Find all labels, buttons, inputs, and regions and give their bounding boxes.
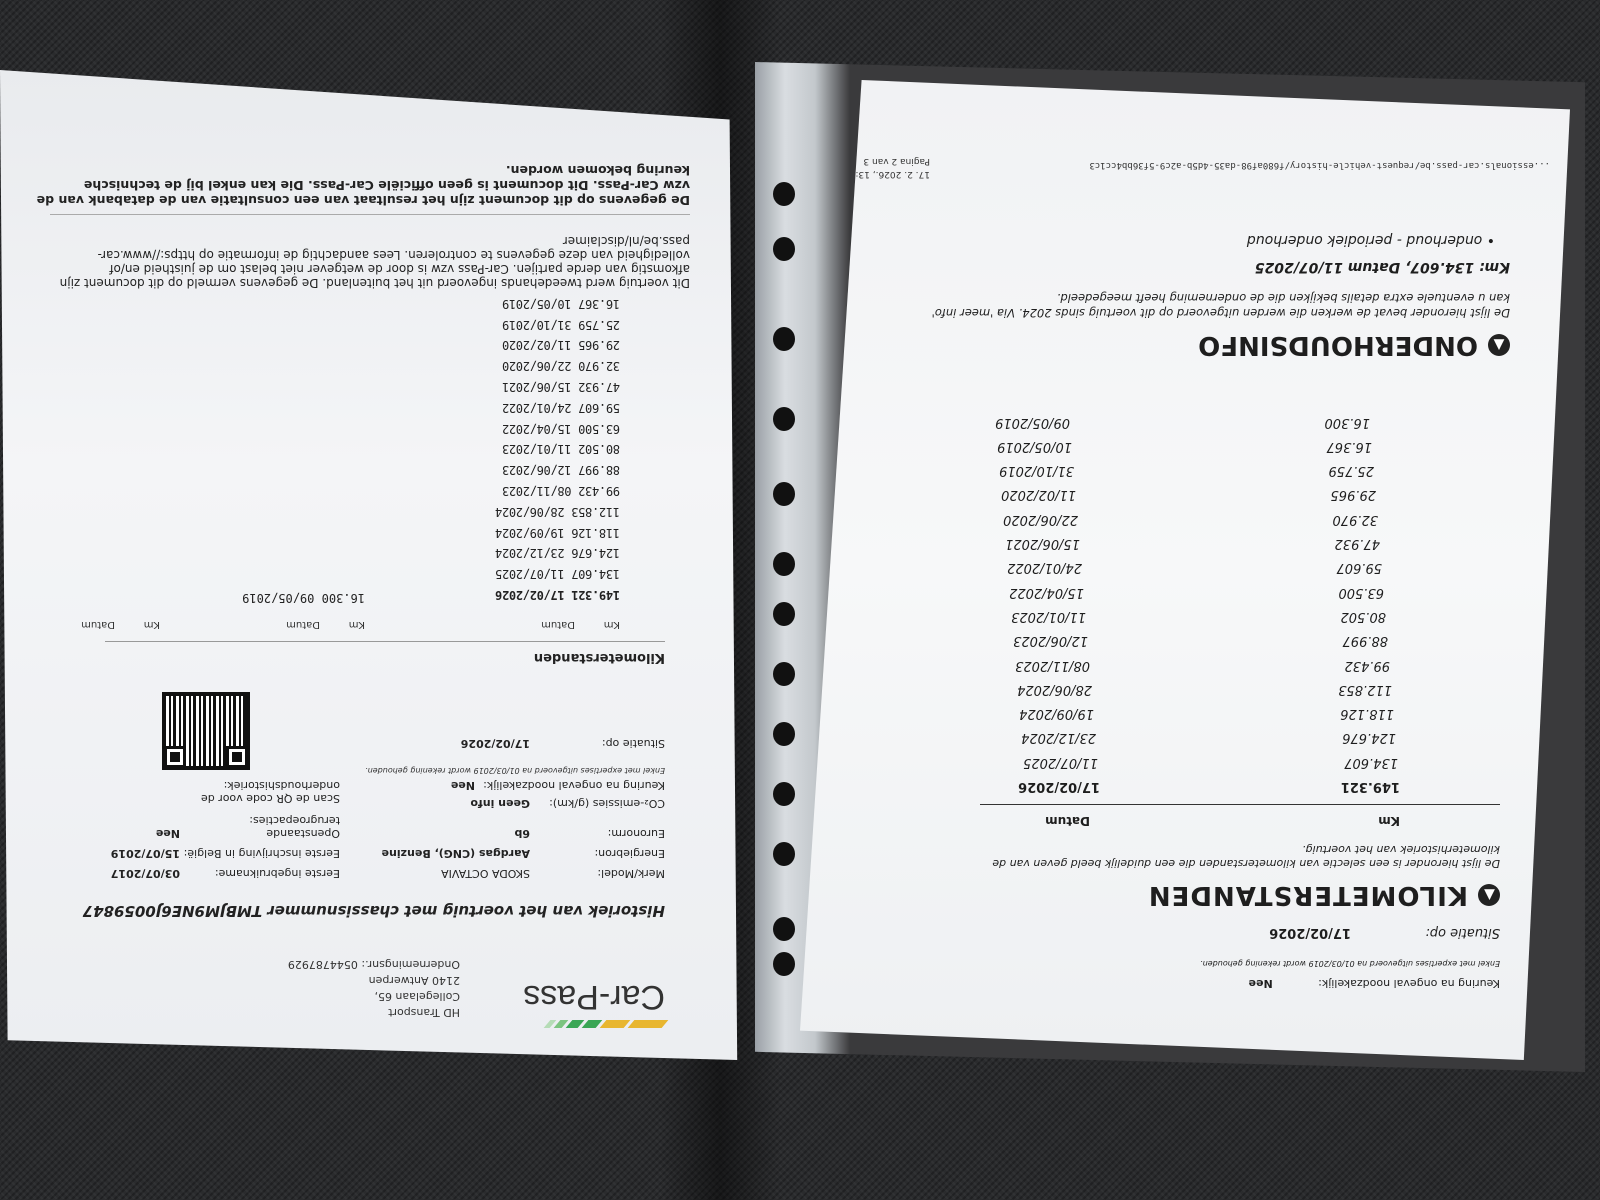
- merk-model-label: Merk/Model:: [597, 867, 665, 880]
- col-datum: Datum: [1045, 814, 1090, 828]
- punch-hole: [773, 782, 795, 806]
- date-value: 15/04/2022: [995, 579, 1100, 603]
- co2-label: CO₂-emissies (g/km):: [549, 797, 665, 810]
- date-value: 22/06/2020: [995, 506, 1100, 530]
- km-col-header: Km: [144, 619, 160, 630]
- km-value: 88.997: [1325, 628, 1401, 652]
- km-value: 118.126: [1325, 701, 1401, 725]
- km-row: 32.970 22/06/2020: [495, 355, 620, 376]
- qr-label: Scan de QR code voor de onderhoudshistor…: [190, 779, 340, 805]
- punch-hole: [773, 407, 795, 431]
- print-datetime: 17. 2. 2026., 13:22: [844, 167, 930, 180]
- co2-value: Geen info: [470, 797, 530, 810]
- km-value: 59.607: [1325, 555, 1401, 579]
- history-title: Historiek van het voertuig met chassisnu…: [83, 902, 665, 920]
- logo-text: Car-Pass: [523, 977, 665, 1016]
- km-row: 47.932 15/06/2021: [495, 376, 620, 397]
- logo-bars-icon: [547, 1020, 665, 1028]
- km-row: 118.126 19/09/2024: [495, 522, 620, 543]
- table-divider: [980, 804, 1500, 805]
- km-column: 149.321134.607124.676118.126112.85399.43…: [1325, 409, 1401, 798]
- km-value: 99.432: [1325, 652, 1401, 676]
- punch-hole: [773, 842, 795, 866]
- km-row: 149.321 17/02/2026: [495, 584, 620, 605]
- punch-hole: [773, 722, 795, 746]
- address-line: HD Transport: [288, 1004, 460, 1020]
- date-value: 11/07/2025: [995, 749, 1100, 773]
- eerste-ingebruikname-value: 03/07/2017: [111, 867, 180, 880]
- date-value: 08/11/2023: [995, 652, 1100, 676]
- situatie-row: Situatie op: 17/02/2026: [1269, 925, 1500, 940]
- punch-hole: [773, 552, 795, 576]
- punch-hole: [773, 952, 795, 976]
- km-row: 63.500 15/04/2022: [495, 418, 620, 439]
- car-pass-logo: Car-Pass: [475, 968, 665, 1028]
- km-value: 25.759: [1325, 458, 1401, 482]
- maintenance-heading: ▲ ONDERHOUDSINFO: [1198, 330, 1510, 360]
- maintenance-bullet: • onderhoud - periodiek onderhoud: [1247, 232, 1495, 248]
- logo-bar: [600, 1020, 631, 1028]
- situatie-label: Situatie op:: [1425, 925, 1500, 940]
- km-value: 149.321: [1325, 774, 1401, 798]
- energiebron-value: Aardgas (CNG), Benzine: [382, 847, 530, 860]
- km-col-header: Datum: [541, 619, 575, 630]
- km-col-header: Datum: [81, 619, 115, 630]
- km-section-title: Kilometerstanden: [534, 650, 665, 665]
- maintenance-description: De lijst hieronder bevat de werken die w…: [910, 290, 1510, 320]
- collapse-arrow-icon[interactable]: ▲: [1488, 334, 1510, 356]
- date-value: 11/02/2020: [995, 482, 1100, 506]
- km-description: De lijst hieronder is een selectie van k…: [980, 842, 1500, 870]
- km-value: 32.970: [1325, 506, 1401, 530]
- disclaimer-text: Dit voertuig werd tweedehands ingevoerd …: [50, 234, 690, 290]
- section-divider: [105, 641, 665, 642]
- merk-model-value: SKODA OCTAVIA: [441, 867, 530, 880]
- expertise-note: Enkel met expertises uitgevoerd na 01/03…: [365, 766, 665, 775]
- energiebron-label: Energiebron:: [595, 847, 666, 860]
- maintenance-entry: Km: 134.607, Datum 11/07/2025: [1255, 259, 1510, 275]
- address-line: 2140 Antwerpen: [288, 972, 460, 988]
- km-title: KILOMETERSTANDEN: [1148, 880, 1468, 910]
- date-value: 17/02/2026: [995, 774, 1100, 798]
- situatie-value: 17/02/2026: [461, 737, 530, 750]
- km-row: 99.432 08/11/2023: [495, 480, 620, 501]
- date-value: 15/06/2021: [995, 531, 1100, 555]
- km-row: 29.965 11/02/2020: [495, 335, 620, 356]
- date-value: 09/05/2019: [242, 591, 314, 605]
- punch-hole: [773, 482, 795, 506]
- km-row: 112.853 28/06/2024: [495, 501, 620, 522]
- disclaimer-divider: [50, 214, 690, 215]
- km-value: 16.300: [1325, 409, 1401, 433]
- logo-bar: [628, 1020, 669, 1028]
- km-extra-row: 16.300 09/05/2019: [242, 591, 365, 605]
- disclaimer-bold-text: De gegevens op dit document zijn het res…: [30, 163, 690, 208]
- km-value: 80.502: [1325, 604, 1401, 628]
- km-row: 16.367 10/05/2019: [495, 293, 620, 314]
- source-url: ...essionals.car-pass.be/request-vehicle…: [1089, 160, 1550, 170]
- keuring-value: Nee: [1249, 977, 1273, 990]
- km-value: 63.500: [1325, 579, 1401, 603]
- punch-hole: [773, 327, 795, 351]
- date-value: 31/10/2019: [995, 458, 1100, 482]
- km-col-header: Km: [349, 619, 365, 630]
- km-value: 47.932: [1325, 531, 1401, 555]
- punch-hole: [773, 662, 795, 686]
- date-value: 19/09/2024: [995, 701, 1100, 725]
- km-row: 80.502 11/01/2023: [495, 439, 620, 460]
- km-value: 16.300: [322, 591, 365, 605]
- expertise-note: Enkel met expertises uitgevoerd na 01/03…: [1200, 959, 1500, 968]
- km-col-header: Datum: [286, 619, 320, 630]
- qr-code[interactable]: [162, 692, 250, 770]
- km-value: 29.965: [1325, 482, 1401, 506]
- owner-address: HD TransportCollegelaan 65,2140 Antwerpe…: [288, 956, 460, 1020]
- address-line: Collegelaan 65,: [288, 988, 460, 1004]
- km-value: 124.676: [1325, 725, 1401, 749]
- eerste-inschrijving-label: Eerste inschrijving in België:: [184, 847, 340, 860]
- punch-hole: [773, 182, 795, 206]
- km-table: 149.321 17/02/2026134.607 11/07/2025124.…: [495, 293, 620, 605]
- date-column: 17/02/202611/07/202523/12/202419/09/2024…: [995, 409, 1100, 798]
- km-row: 88.997 12/06/2023: [495, 459, 620, 480]
- keuring-value: Nee: [451, 779, 475, 792]
- date-value: 24/01/2022: [995, 555, 1100, 579]
- punch-hole: [773, 237, 795, 261]
- car-pass-summary-sheet: Car-Pass HD TransportCollegelaan 65,2140…: [0, 70, 760, 1060]
- address-line: Ondernemingsnr.: 0544787929: [288, 956, 460, 972]
- punch-hole: [773, 917, 795, 941]
- collapse-arrow-icon[interactable]: ▲: [1478, 884, 1500, 906]
- col-km: Km: [1378, 814, 1400, 828]
- situatie-value: 17/02/2026: [1269, 925, 1351, 940]
- km-row: 124.676 23/12/2024: [495, 543, 620, 564]
- keuring-row: Keuring na ongeval noodzakelijk: Nee: [1249, 977, 1500, 990]
- date-value: 11/01/2023: [995, 604, 1100, 628]
- terugroep-value: Nee: [156, 827, 180, 840]
- km-row: 134.607 11/07/2025: [495, 563, 620, 584]
- maintenance-bullet-text: onderhoud - periodiek onderhoud: [1247, 232, 1482, 248]
- km-heading: ▲ KILOMETERSTANDEN: [1148, 880, 1500, 910]
- situatie-label: Situatie op:: [602, 737, 665, 750]
- euronorm-label: Euronorm:: [608, 827, 665, 840]
- maint-title: ONDERHOUDSINFO: [1198, 330, 1478, 360]
- keuring-label: Keuring na ongeval noodzakelijk:: [483, 779, 665, 792]
- print-footer: 17. 2. 2026., 13:22 Pagina 2 van 3: [844, 154, 930, 180]
- euronorm-value: 6b: [514, 827, 530, 840]
- date-value: 09/05/2019: [995, 409, 1100, 433]
- punch-hole: [773, 602, 795, 626]
- km-value: 16.367: [1325, 434, 1401, 458]
- km-row: 59.607 24/01/2022: [495, 397, 620, 418]
- car-pass-detail-sheet: Keuring na ongeval noodzakelijk: Nee Enk…: [800, 80, 1570, 1060]
- km-row: 25.759 31/10/2019: [495, 314, 620, 335]
- km-col-header: Km: [604, 619, 620, 630]
- terugroep-label: Openstaande terugroepacties:: [220, 814, 340, 840]
- page-number: Pagina 2 van 3: [844, 154, 930, 167]
- eerste-inschrijving-value: 15/07/2019: [111, 847, 180, 860]
- km-value: 134.607: [1325, 749, 1401, 773]
- date-value: 12/06/2023: [995, 628, 1100, 652]
- date-value: 28/06/2024: [995, 677, 1100, 701]
- keuring-label: Keuring na ongeval noodzakelijk:: [1318, 977, 1500, 990]
- eerste-ingebruikname-label: Eerste ingebruikname:: [215, 867, 340, 880]
- km-value: 112.853: [1325, 677, 1401, 701]
- date-value: 10/05/2019: [995, 434, 1100, 458]
- date-value: 23/12/2024: [995, 725, 1100, 749]
